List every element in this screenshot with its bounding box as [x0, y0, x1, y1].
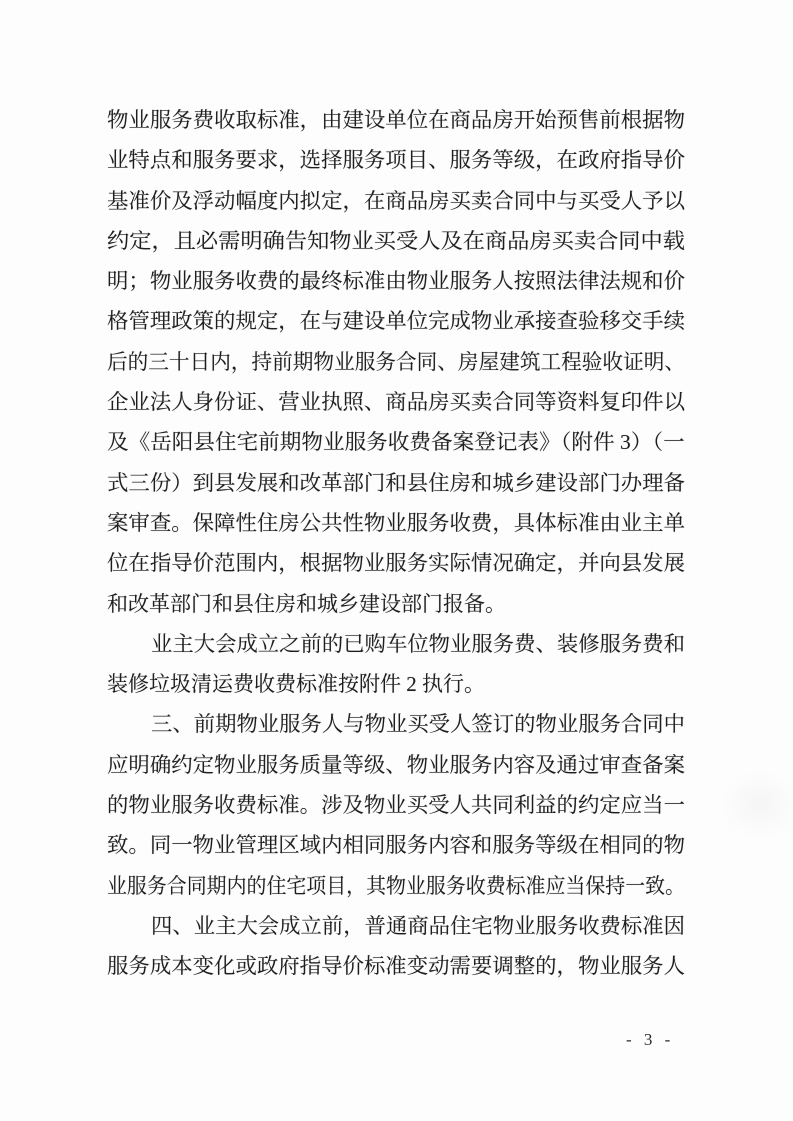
text-line: 致。同一物业管理区域内相同服务内容和服务等级在相同的物 [107, 825, 685, 865]
text-line-content: 式三份）到县发展和改革部门和县住房和城乡建设部门办理备 [107, 463, 685, 503]
page-number: - 3 - [626, 1030, 671, 1050]
text-line: 的物业服务收费标准。涉及物业买受人共同利益的约定应当一 [107, 785, 685, 825]
text-line: 明；物业服务收费的最终标准由物业服务人按照法律法规和价 [107, 261, 685, 301]
text-line: 位在指导价范围内，根据物业服务实际情况确定，并向县发展 [107, 543, 685, 583]
text-line: 业服务合同期内的住宅项目，其物业服务收费标准应当保持一致。 [107, 866, 685, 906]
text-line: 案审查。保障性住房公共性物业服务收费，具体标准由业主单 [107, 503, 685, 543]
text-line: 及《岳阳县住宅前期物业服务收费备案登记表》（附件 3）（一 [107, 422, 685, 462]
text-line-content: 装修垃圾清运费收费标准按附件 2 执行。 [107, 664, 485, 704]
text-line-content: 业服务合同期内的住宅项目，其物业服务收费标准应当保持一致。 [107, 866, 685, 906]
text-line-content: 的物业服务收费标准。涉及物业买受人共同利益的约定应当一 [107, 785, 685, 825]
text-line: 后的三十日内，持前期物业服务合同、房屋建筑工程验收证明、 [107, 342, 685, 382]
document-page: 物业服务费收取标准，由建设单位在商品房开始预售前根据物业特点和服务要求，选择服务… [0, 0, 793, 1121]
text-line: 物业服务费收取标准，由建设单位在商品房开始预售前根据物 [107, 100, 685, 140]
scan-smudge [720, 770, 793, 840]
text-line-content: 后的三十日内，持前期物业服务合同、房屋建筑工程验收证明、 [107, 342, 685, 382]
text-line: 和改革部门和县住房和城乡建设部门报备。 [107, 584, 685, 624]
text-line-content: 约定，且必需明确告知物业买受人及在商品房买卖合同中载 [107, 221, 685, 261]
text-line: 约定，且必需明确告知物业买受人及在商品房买卖合同中载 [107, 221, 685, 261]
text-line: 服务成本变化或政府指导价标准变动需要调整的，物业服务人 [107, 946, 685, 986]
text-line-content: 格管理政策的规定，在与建设单位完成物业承接查验移交手续 [107, 301, 685, 341]
text-line-content: 明；物业服务收费的最终标准由物业服务人按照法律法规和价 [107, 261, 685, 301]
text-line-content: 业主大会成立之前的已购车位物业服务费、装修服务费和 [151, 624, 685, 664]
text-line-content: 和改革部门和县住房和城乡建设部门报备。 [107, 584, 506, 624]
text-line: 格管理政策的规定，在与建设单位完成物业承接查验移交手续 [107, 301, 685, 341]
text-line: 四、业主大会成立前，普通商品住宅物业服务收费标准因 [107, 906, 685, 946]
text-line: 基准价及浮动幅度内拟定，在商品房买卖合同中与买受人予以 [107, 181, 685, 221]
text-line: 三、前期物业服务人与物业买受人签订的物业服务合同中 [107, 704, 685, 744]
text-line-content: 位在指导价范围内，根据物业服务实际情况确定，并向县发展 [107, 543, 685, 583]
text-line: 装修垃圾清运费收费标准按附件 2 执行。 [107, 664, 685, 704]
text-line-content: 案审查。保障性住房公共性物业服务收费，具体标准由业主单 [107, 503, 685, 543]
text-line: 应明确约定物业服务质量等级、物业服务内容及通过审查备案 [107, 745, 685, 785]
text-line-content: 应明确约定物业服务质量等级、物业服务内容及通过审查备案 [107, 745, 685, 785]
text-line-content: 企业法人身份证、营业执照、商品房买卖合同等资料复印件以 [107, 382, 685, 422]
text-line-content: 业特点和服务要求，选择服务项目、服务等级，在政府指导价 [107, 140, 685, 180]
text-line-content: 四、业主大会成立前，普通商品住宅物业服务收费标准因 [151, 906, 685, 946]
document-body-text: 物业服务费收取标准，由建设单位在商品房开始预售前根据物业特点和服务要求，选择服务… [107, 100, 685, 987]
text-line-content: 基准价及浮动幅度内拟定，在商品房买卖合同中与买受人予以 [107, 181, 685, 221]
text-line-content: 及《岳阳县住宅前期物业服务收费备案登记表》（附件 3）（一 [107, 422, 685, 462]
text-line: 式三份）到县发展和改革部门和县住房和城乡建设部门办理备 [107, 463, 685, 503]
text-line-content: 物业服务费收取标准，由建设单位在商品房开始预售前根据物 [107, 100, 685, 140]
text-line-content: 致。同一物业管理区域内相同服务内容和服务等级在相同的物 [107, 825, 685, 865]
text-line-content: 服务成本变化或政府指导价标准变动需要调整的，物业服务人 [107, 946, 685, 986]
text-line: 业特点和服务要求，选择服务项目、服务等级，在政府指导价 [107, 140, 685, 180]
text-line: 企业法人身份证、营业执照、商品房买卖合同等资料复印件以 [107, 382, 685, 422]
text-line: 业主大会成立之前的已购车位物业服务费、装修服务费和 [107, 624, 685, 664]
text-line-content: 三、前期物业服务人与物业买受人签订的物业服务合同中 [151, 704, 685, 744]
